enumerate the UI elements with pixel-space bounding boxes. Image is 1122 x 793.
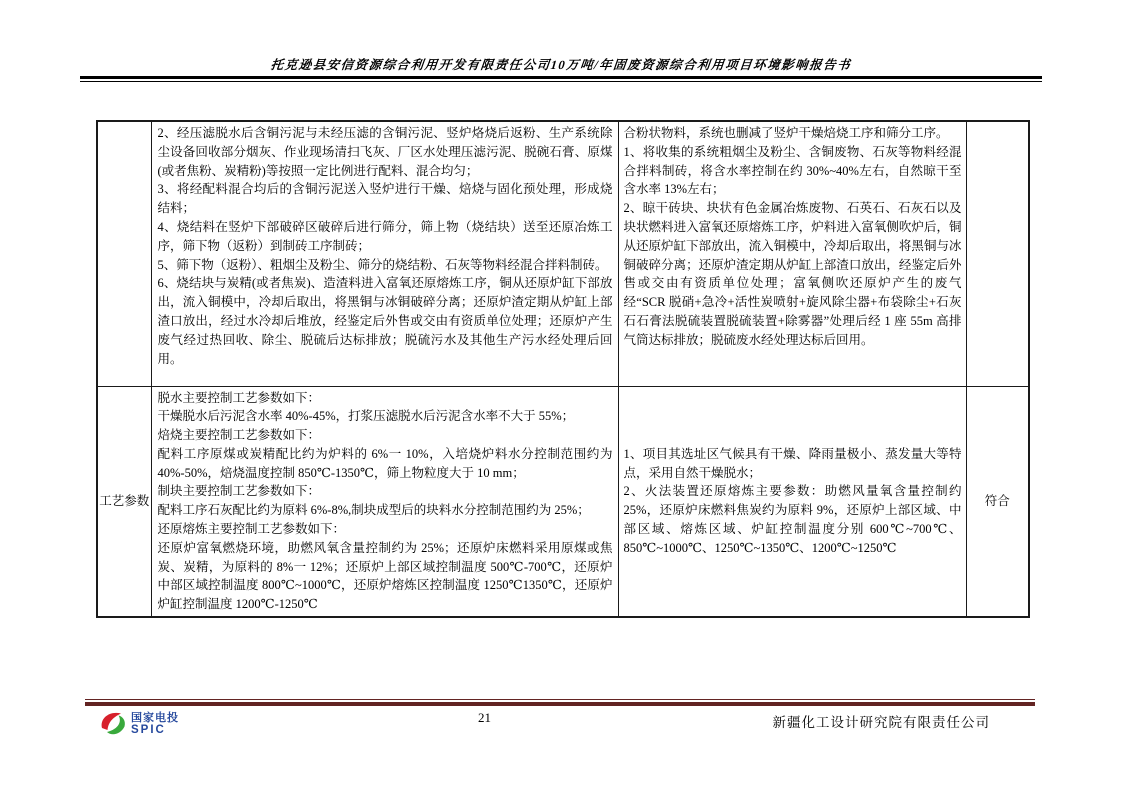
document-page: 托克逊县安信资源综合利用开发有限责任公司10万吨/年固废资源综合利用项目环境影响…: [0, 0, 1122, 793]
spic-logo-text: 国家电投 SPIC: [131, 712, 179, 736]
comparison-cell: 合粉状物料，系统也删减了竖炉干燥焙烧工序和筛分工序。 1、将收集的系统粗烟尘及粉…: [618, 121, 966, 386]
row-label-cell: [97, 121, 151, 386]
table-row: 工艺参数 脱水主要控制工艺参数如下： 干燥脱水后污泥含水率 40%-45%，打浆…: [97, 386, 1029, 617]
process-parameters-cell: 脱水主要控制工艺参数如下： 干燥脱水后污泥含水率 40%-45%，打浆压滤脱水后…: [151, 386, 618, 617]
row-label-cell: 工艺参数: [97, 386, 151, 617]
footer-rule: [85, 702, 1035, 706]
process-description-cell: 2、经压滤脱水后含铜污泥与未经压滤的含铜污泥、竖炉烙烧后返粉、生产系统除尘设备回…: [151, 121, 618, 386]
page-number: 21: [478, 710, 491, 726]
comparison-table: 2、经压滤脱水后含铜污泥与未经压滤的含铜污泥、竖炉烙烧后返粉、生产系统除尘设备回…: [96, 120, 1030, 618]
footer-company-name: 新疆化工设计研究院有限责任公司: [773, 711, 991, 731]
conclusion-cell: [966, 121, 1029, 386]
header-rule-thin: [80, 81, 1042, 82]
spic-logo: 国家电投 SPIC: [98, 709, 179, 739]
spic-logo-icon: [98, 709, 128, 739]
header-rule: [80, 76, 1042, 79]
header-title: 托克逊县安信资源综合利用开发有限责任公司10万吨/年固废资源综合利用项目环境影响…: [0, 55, 1122, 73]
logo-text-cn: 国家电投: [131, 712, 179, 724]
comparison-cell: 1、项目其选址区气候具有干燥、降雨量极小、蒸发量大等特点，采用自然干燥脱水； 2…: [618, 386, 966, 617]
conclusion-cell: 符合: [966, 386, 1029, 617]
logo-text-en: SPIC: [131, 724, 179, 736]
footer-rule-thin: [85, 699, 1035, 700]
table-row: 2、经压滤脱水后含铜污泥与未经压滤的含铜污泥、竖炉烙烧后返粉、生产系统除尘设备回…: [97, 121, 1029, 386]
